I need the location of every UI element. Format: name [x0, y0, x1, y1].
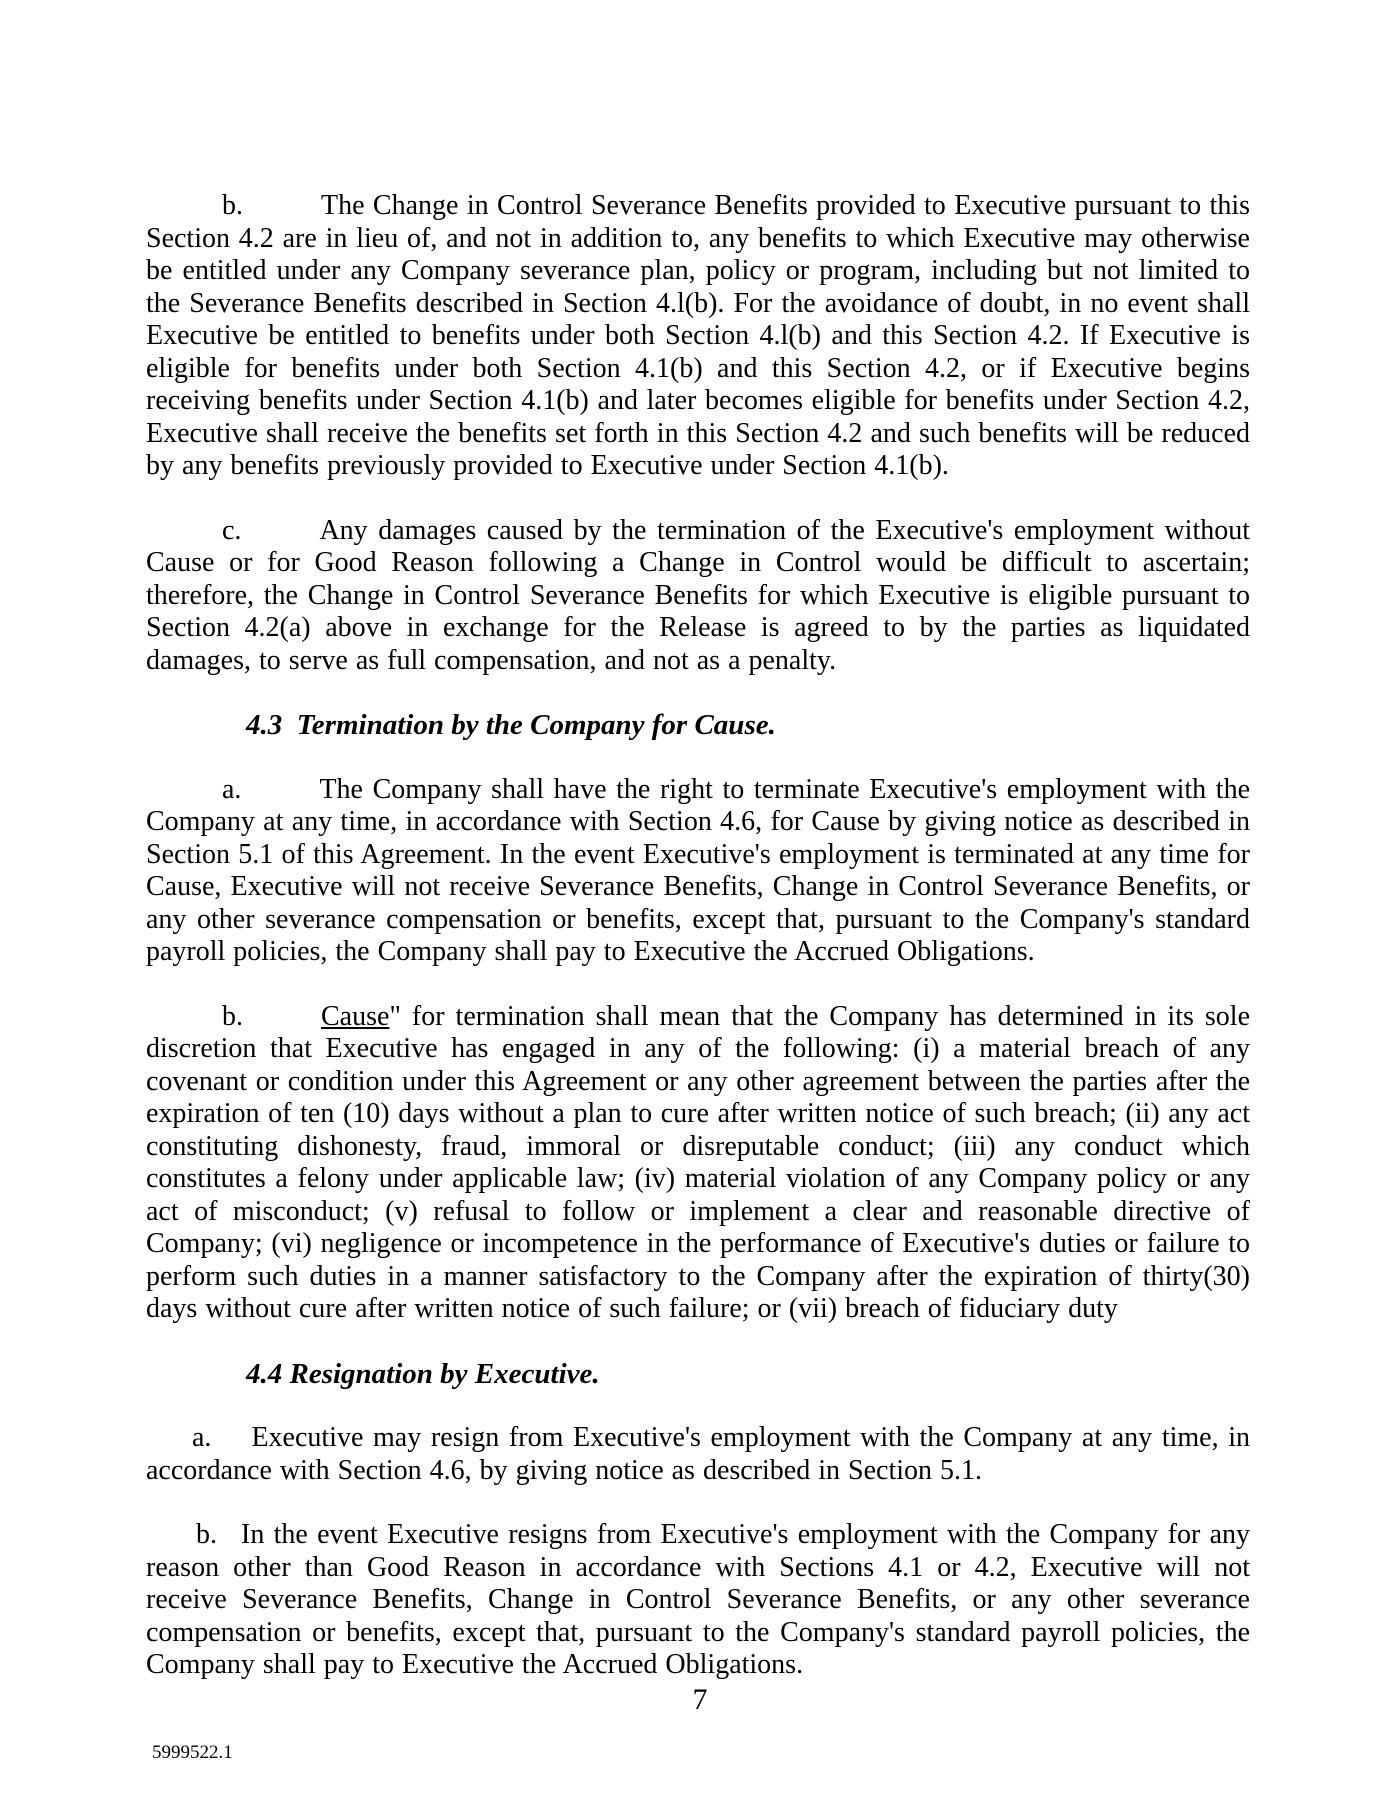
- paragraph-marker: a.: [222, 774, 241, 805]
- paragraph-4-2-c: c.Any damages caused by the termination …: [146, 515, 1250, 678]
- document-body: b.The Change in Control Severance Benefi…: [146, 190, 1250, 1714]
- paragraph-marker: c.: [222, 515, 241, 546]
- paragraph-marker: a.: [192, 1422, 211, 1453]
- paragraph-4-4-a: a.Executive may resign from Executive's …: [146, 1422, 1250, 1487]
- paragraph-text: The Company shall have the right to term…: [146, 774, 1250, 968]
- paragraph-text: The Change in Control Severance Benefits…: [146, 190, 1250, 481]
- section-heading-4-4: 4.4 Resignation by Executive.: [246, 1358, 1250, 1391]
- document-page: b.The Change in Control Severance Benefi…: [0, 0, 1400, 1814]
- paragraph-marker: b.: [222, 190, 243, 221]
- paragraph-marker: b.: [196, 1519, 217, 1550]
- paragraph-text: Any damages caused by the termination of…: [146, 515, 1250, 676]
- paragraph-4-3-a: a.The Company shall have the right to te…: [146, 774, 1250, 969]
- paragraph-text: " for termination shall mean that the Co…: [146, 1001, 1250, 1325]
- paragraph-4-2-b: b.The Change in Control Severance Benefi…: [146, 190, 1250, 483]
- paragraph-text: In the event Executive resigns from Exec…: [146, 1519, 1250, 1680]
- underlined-term: Cause: [321, 1001, 389, 1032]
- paragraph-4-4-b: b.In the event Executive resigns from Ex…: [146, 1519, 1250, 1682]
- paragraph-text: Executive may resign from Executive's em…: [146, 1422, 1250, 1486]
- page-number: 7: [0, 1684, 1400, 1716]
- paragraph-4-3-b: b.Cause" for termination shall mean that…: [146, 1001, 1250, 1326]
- section-heading-4-3: 4.3 Termination by the Company for Cause…: [246, 709, 1250, 742]
- document-control-number: 5999522.1: [152, 1742, 233, 1764]
- paragraph-marker: b.: [222, 1001, 243, 1032]
